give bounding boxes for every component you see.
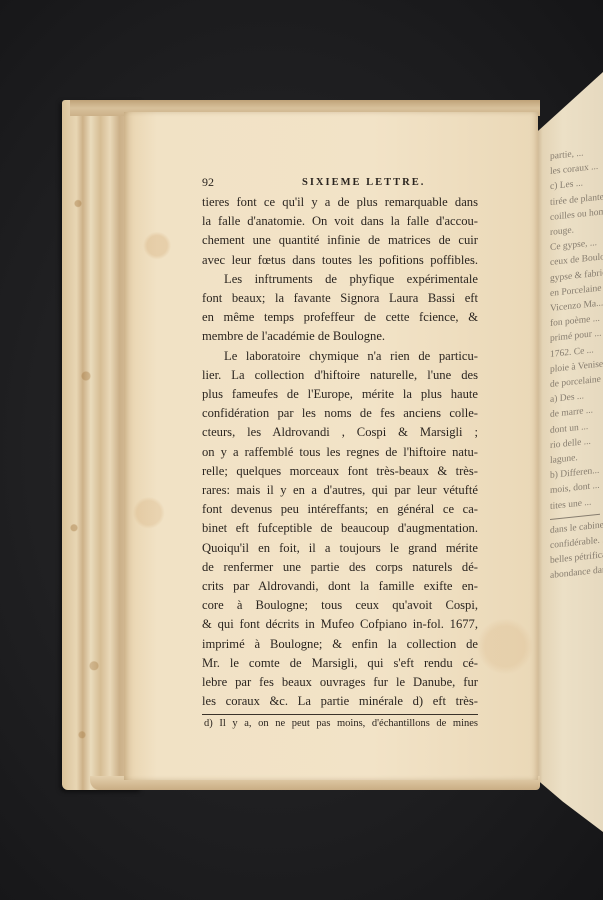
text-line: avec leur fœtus dans toutes les pofition…: [202, 251, 478, 270]
text-line: crits par Aldrovandi, dont la famille ex…: [202, 577, 478, 596]
left-page: 92 SIXIEME LETTRE. tieres font ce qu'il …: [124, 112, 538, 780]
text-line: plus fameufes de l'Europe, mérite la plu…: [202, 385, 478, 404]
page-text-block: 92 SIXIEME LETTRE. tieres font ce qu'il …: [202, 173, 478, 731]
text-line: binet eft fufceptible de beaucoup d'augm…: [202, 519, 478, 538]
text-line: relle; quelques morceaux font très-beaux…: [202, 462, 478, 481]
text-line: tieres font ce qu'il y a de plus remarqu…: [202, 193, 478, 212]
text-line: & qui font décrits in Mufeo Cofpiano in-…: [202, 615, 478, 634]
text-line: Quoiqu'il en foit, il a toujours le gran…: [202, 539, 478, 558]
text-line: de renfermer une partie des corps nature…: [202, 558, 478, 577]
text-line: Les inftruments de phyfique expérimental…: [202, 270, 478, 289]
text-line: on y a raffemblé tous les regnes de l'hi…: [202, 443, 478, 462]
page-number: 92: [202, 173, 214, 192]
text-line: chement une quantité infinie de matrices…: [202, 231, 478, 250]
text-line: rares: mais il y en a d'autres, qui par …: [202, 481, 478, 500]
text-line: membre de l'académie de Boulogne.: [202, 327, 478, 346]
footnote: d) Il y a, on ne peut pas moins, d'échan…: [202, 717, 478, 731]
right-page-text: partie, ... les coraux ... c) Les ... ti…: [550, 144, 603, 585]
text-line: lier. La collection d'hiftoire naturelle…: [202, 366, 478, 385]
text-line: Le laboratoire chymique n'a rien de part…: [202, 347, 478, 366]
text-line: imprimé à Boulogne; & enfin la collectio…: [202, 635, 478, 654]
text-line: en même temps profeffeur de cette fcienc…: [202, 308, 478, 327]
text-line: confidération par les noms de fes ancien…: [202, 404, 478, 423]
text-line: les coraux &c. La partie minérale d) eft…: [202, 692, 478, 711]
running-head: 92 SIXIEME LETTRE.: [202, 173, 478, 193]
text-line: lebre par fes beaux ouvrages fur le Danu…: [202, 673, 478, 692]
text-line: cteurs, les Aldrovandi , Cospi & Marsigl…: [202, 423, 478, 442]
text-line: font beaux; la favante Signora Laura Bas…: [202, 289, 478, 308]
text-line: font devenus peu intéreffants; en généra…: [202, 500, 478, 519]
text-line: la falle d'anatomie. On voit dans la fal…: [202, 212, 478, 231]
text-line: Mr. le comte de Marsigli, qui s'eft rend…: [202, 654, 478, 673]
text-line: core à Boulogne; tous ceux qu'avoit Cosp…: [202, 596, 478, 615]
footnote-rule: [202, 714, 478, 715]
running-title: SIXIEME LETTRE.: [302, 173, 425, 192]
